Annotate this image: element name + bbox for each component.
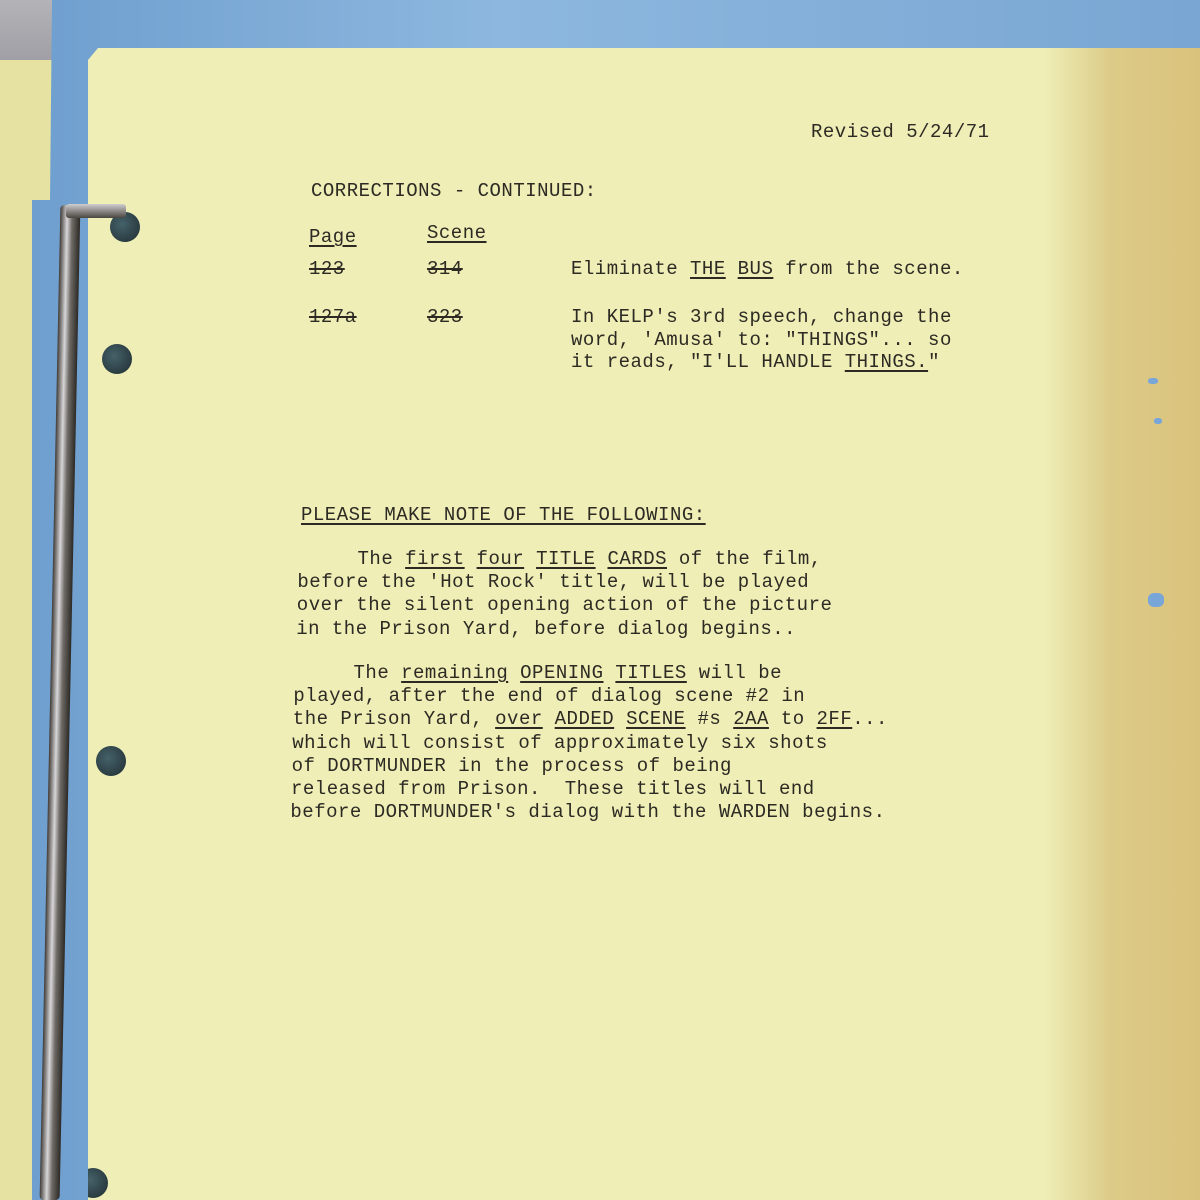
punch-hole xyxy=(96,746,126,776)
paragraph-line: which will consist of approximately six … xyxy=(292,732,828,756)
paragraph-line: of DORTMUNDER in the process of being xyxy=(292,755,732,779)
correction-instruction: word, 'Amusa' to: "THINGS"... so xyxy=(571,329,952,353)
paragraph-line: before the 'Hot Rock' title, will be pla… xyxy=(297,571,809,595)
blue-stain xyxy=(1154,418,1162,424)
corrections-heading: CORRECTIONS - CONTINUED: xyxy=(311,180,597,204)
underlined-text: BUS xyxy=(738,258,774,280)
underlined-text: over xyxy=(495,708,543,730)
correction-scene: 314 xyxy=(427,258,463,282)
underlined-text: ADDED xyxy=(555,708,615,730)
underlined-text: TITLES xyxy=(615,662,686,684)
paragraph-line: the Prison Yard, over ADDED SCENE #s 2AA… xyxy=(293,708,888,732)
revision-date: Revised 5/24/71 xyxy=(811,121,990,145)
page-column-header: Page xyxy=(309,226,357,250)
underlined-text: THINGS. xyxy=(845,351,928,373)
paragraph-line: The remaining OPENING TITLES will be xyxy=(294,662,782,686)
paragraph-line: released from Prison. These titles will … xyxy=(291,778,815,802)
underlined-text: 2AA xyxy=(733,708,769,730)
paragraph-line: in the Prison Yard, before dialog begins… xyxy=(296,618,796,642)
scene-column-header: Scene xyxy=(427,222,487,246)
correction-instruction: In KELP's 3rd speech, change the xyxy=(571,306,952,330)
underlined-text: four xyxy=(477,548,525,570)
punch-hole xyxy=(102,344,132,374)
correction-instruction: it reads, "I'LL HANDLE THINGS." xyxy=(571,351,940,375)
paragraph-line: played, after the end of dialog scene #2… xyxy=(293,685,805,709)
underlined-text: TITLE xyxy=(536,548,596,570)
paragraph-line: The first four TITLE CARDS of the film, xyxy=(298,548,822,572)
correction-page: 123 xyxy=(309,258,345,282)
underlined-text: first xyxy=(405,548,465,570)
underlined-text: CARDS xyxy=(607,548,667,570)
underlined-text: SCENE xyxy=(626,708,686,730)
correction-scene: 323 xyxy=(427,306,463,330)
blue-stain xyxy=(1148,378,1158,384)
paragraph-line: over the silent opening action of the pi… xyxy=(297,594,833,618)
binder-clip-arm xyxy=(66,204,126,218)
correction-page: 127a xyxy=(309,306,357,330)
paragraph-line: before DORTMUNDER's dialog with the WARD… xyxy=(290,801,885,825)
underlined-text: remaining xyxy=(401,662,508,684)
underlined-text: 2FF xyxy=(817,708,853,730)
blue-stain xyxy=(1148,593,1164,607)
underlined-text: OPENING xyxy=(520,662,603,684)
correction-instruction: Eliminate THE BUS from the scene. xyxy=(571,258,964,282)
underlined-text: THE xyxy=(690,258,726,280)
note-heading: PLEASE MAKE NOTE OF THE FOLLOWING: xyxy=(301,504,706,528)
